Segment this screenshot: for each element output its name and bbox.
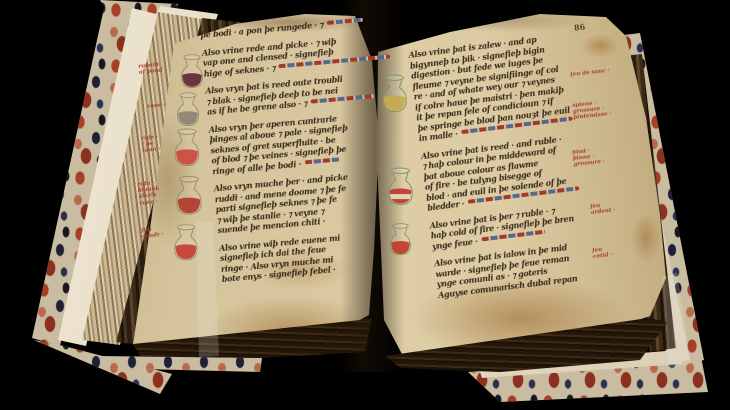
- manuscript-paragraph: Also vrine þat is reed · and ruble ·⁊ ha…: [420, 132, 582, 213]
- urine-flask-red-icon: [173, 220, 199, 264]
- rubric-note: folicondr ·: [141, 226, 164, 241]
- rubric-note: rufa ·blaunkalkrisrune ·: [137, 180, 161, 207]
- rubric-note: rufe ·i þelaun ·: [141, 134, 161, 154]
- left-page-text-block: þe bodi · a pon þe rungede · ⁊Also vrine…: [200, 14, 410, 292]
- urine-flask-red-small-icon: [389, 218, 412, 260]
- urine-flask-dark-maroon-icon: [179, 54, 205, 88]
- urine-flask-grey-icon: [175, 92, 201, 126]
- line-filler-ornament: [305, 157, 341, 164]
- manuscript-paragraph: Also vrine wiþ rede euene misignefieþ ic…: [219, 226, 409, 284]
- manuscript-paragraph: Also vryn muche þer · and pickeruddi · a…: [213, 167, 404, 236]
- rubric-note: feuardent ·: [590, 201, 616, 216]
- line-filler-ornament: [327, 18, 363, 25]
- urine-flask-yellow-icon: [381, 72, 408, 114]
- rubric-note: blod ·þinne ·grossure ·: [572, 147, 605, 169]
- folio-number: 86: [574, 21, 586, 32]
- urine-flask-red-white-band-icon: [387, 160, 414, 212]
- manuscript-paragraph: Also vrine þat is ialow in þe midwarde ·…: [434, 240, 593, 301]
- manuscript-paragraph: Also vryn þer aperen cuntrarieþinges al …: [208, 108, 399, 177]
- right-page-text-block: Also vrine þat is zalew · and apbigynneþ…: [408, 31, 593, 307]
- manuscript-paragraph: Also vrine þat is zalew · and apbigynneþ…: [408, 31, 573, 144]
- photograph-stage: þe bodi · a pon þe rungede · ⁊Also vrine…: [0, 0, 730, 410]
- rubric-note: feucotid ·: [592, 246, 613, 260]
- urine-flask-bright-red-icon: [173, 128, 201, 166]
- urine-flask-dark-red-icon: [175, 174, 203, 216]
- rubric-note: splene ·grossure ·þintemisse ·: [572, 99, 612, 121]
